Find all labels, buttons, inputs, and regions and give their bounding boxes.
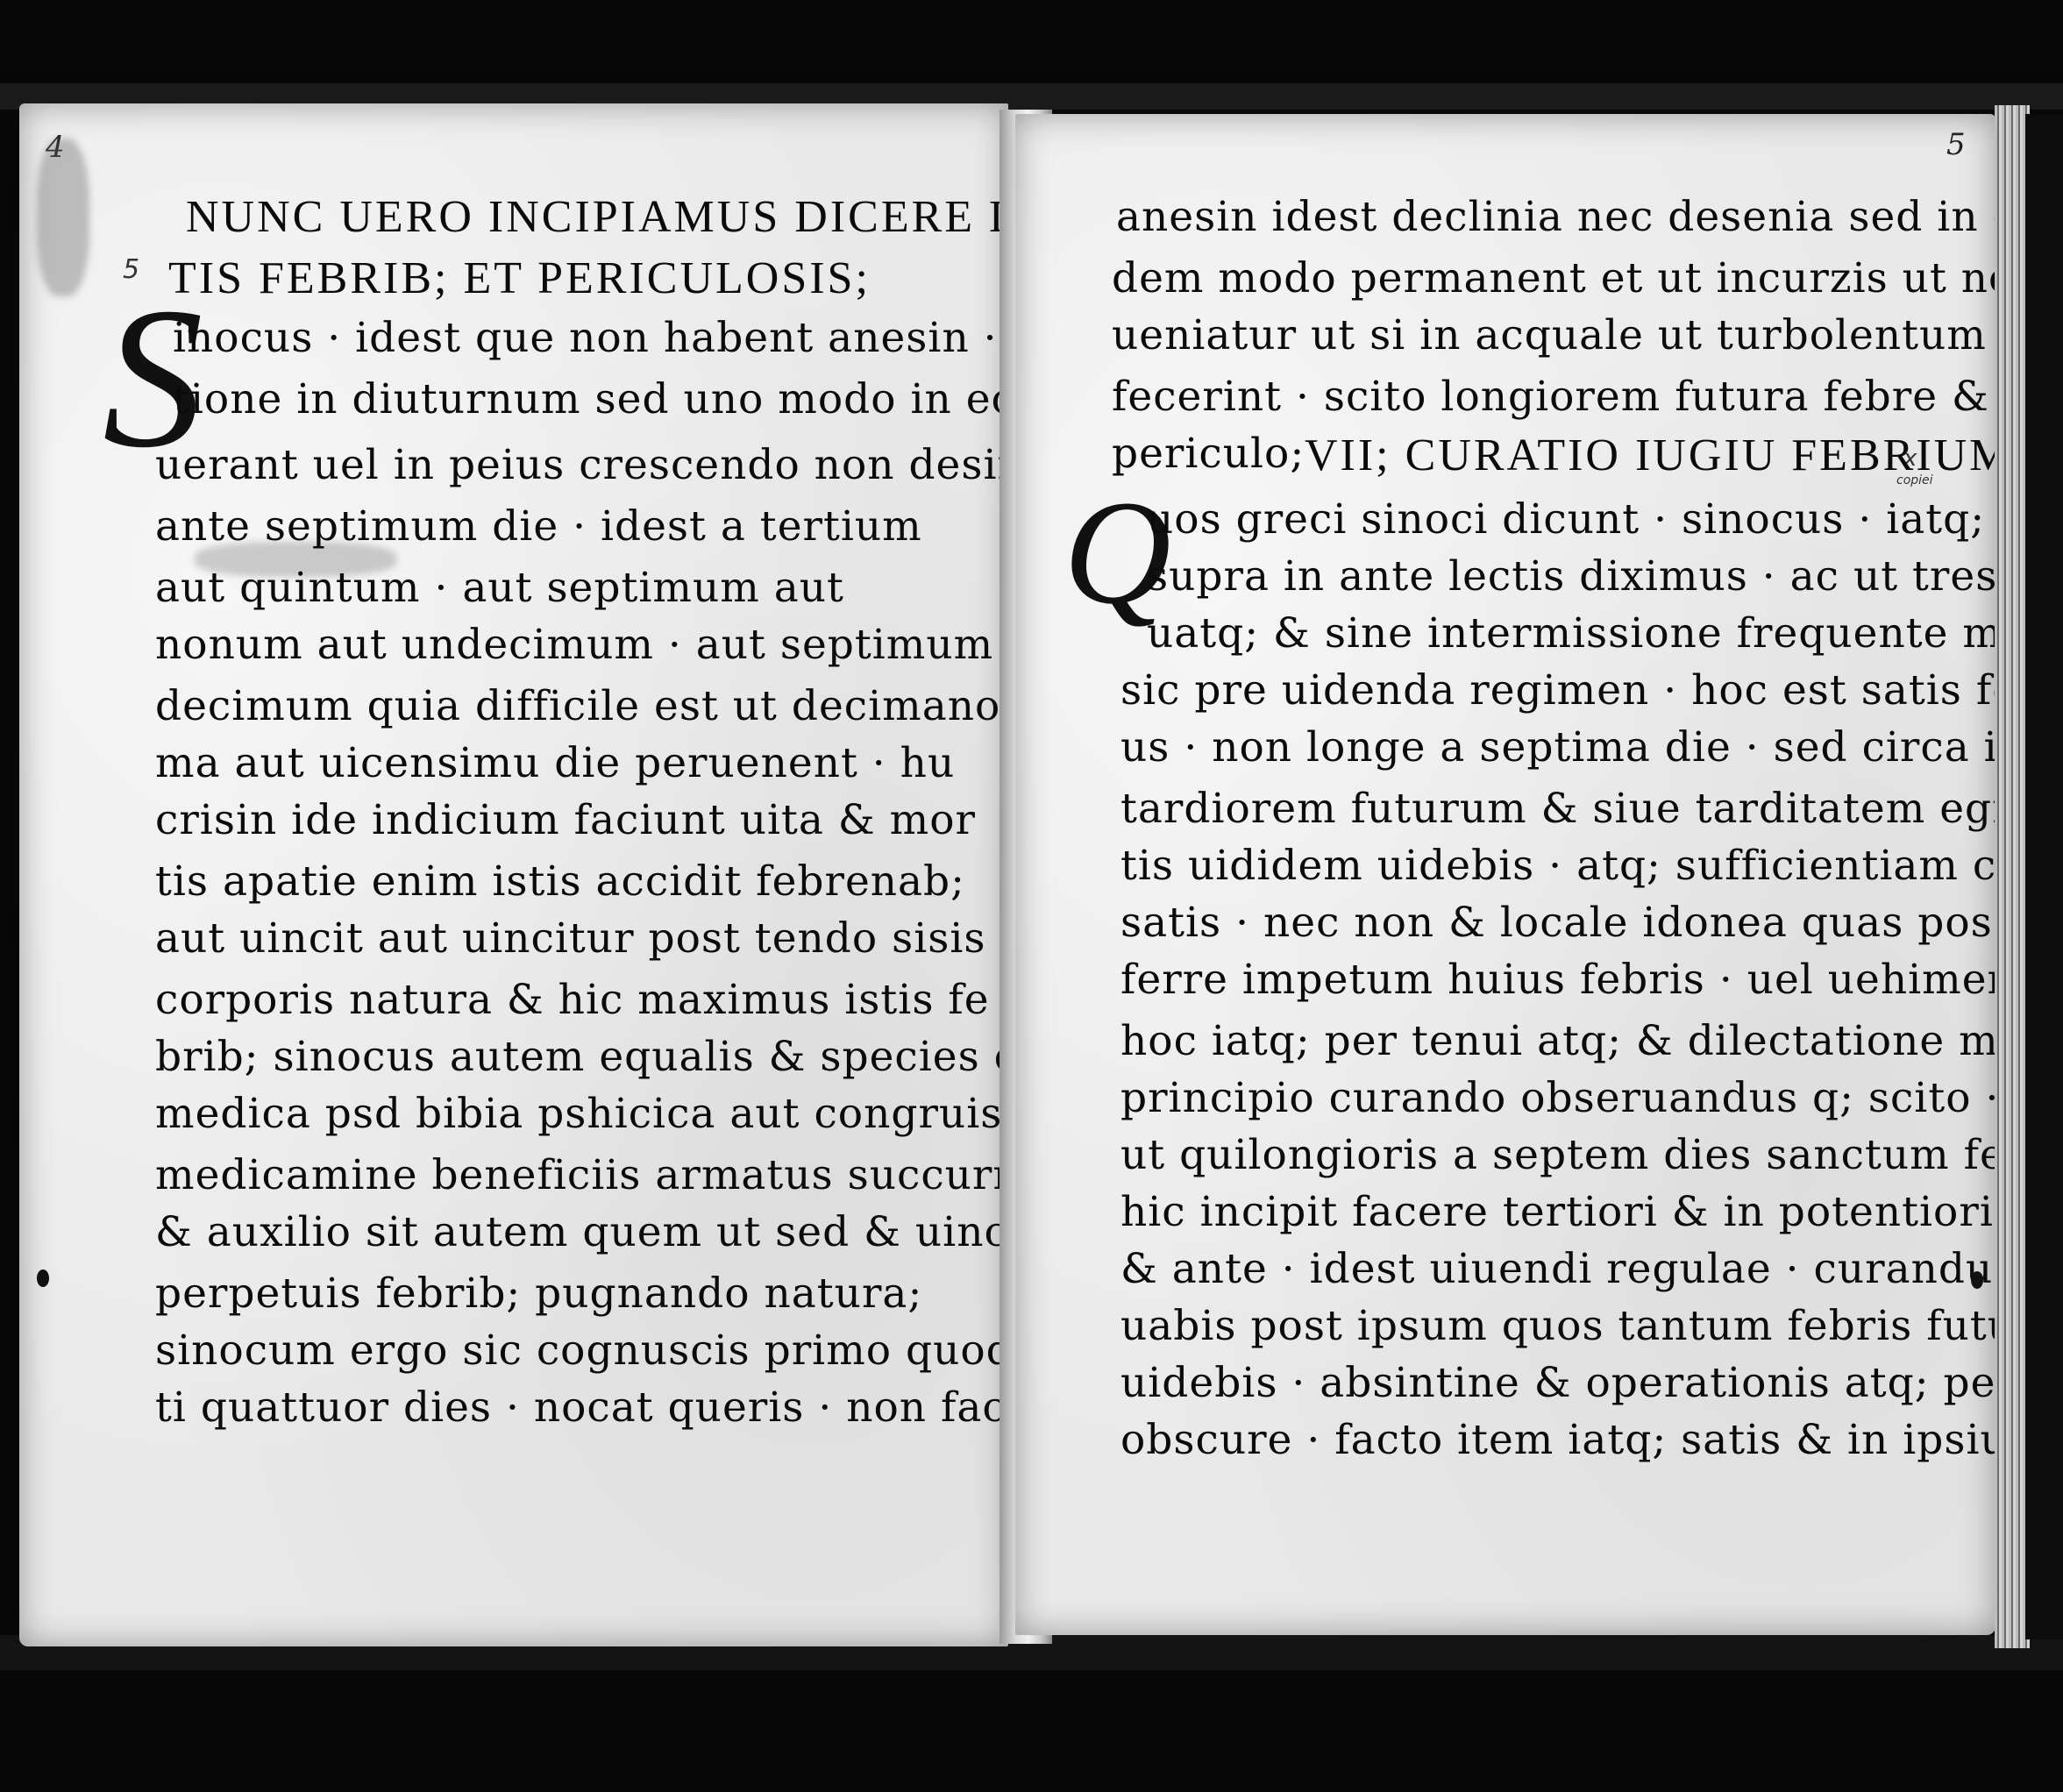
text-line: uos greci sinoci dicunt · sinocus · iatq…: [1147, 495, 2063, 544]
chapter-heading: VII; CURATIO IUGIU FEBRIUM;: [1305, 430, 2028, 481]
text-line: supra in ante lectis diximus · ac ut tre…: [1147, 552, 2063, 601]
text-line: ante septimum die · idest a tertium: [155, 502, 922, 551]
right-page: 5 x copiei anesin idest declinia nec des…: [1015, 114, 1995, 1635]
book-cover-right: [2025, 114, 2063, 1639]
stain: [37, 139, 89, 296]
text-line: ut quilongioris a septem dies sanctum fe…: [1120, 1131, 2063, 1179]
text-line: uabis post ipsum quos tantum febris futu…: [1120, 1302, 2063, 1350]
text-line: satis · nec non & locale idonea quas pos…: [1120, 899, 2063, 947]
binding-hole: [1971, 1271, 1983, 1289]
text-line: corporis natura & hic maximus istis fe: [155, 976, 990, 1024]
manuscript-photograph: 4 5 NUNC UERO INCIPIAMUS DICERE DE ACU T…: [0, 0, 2063, 1792]
text-line: uatq; & sine intermissione frequente med…: [1147, 609, 2063, 658]
text-line: sic pre uidenda regimen · hoc est satis …: [1120, 666, 2063, 715]
text-line: ueniatur ut si in acquale ut turbolentum: [1112, 311, 1987, 359]
text-line: ma aut uicensimu die peruenent · hu: [155, 739, 955, 787]
text-line: uidebis · absintine & operationis atq; p…: [1120, 1359, 2063, 1407]
text-line: hoc iatq; per tenui atq; & dilectatione …: [1120, 1017, 2063, 1065]
text-line: tardiorem futurum & siue tarditatem egri…: [1120, 785, 2063, 833]
text-line: obscure · facto item iatq; satis & in ip…: [1120, 1416, 2030, 1464]
text-line: nonum aut undecimum · aut septimum: [155, 621, 993, 669]
folio-number-right: 5: [1946, 127, 1966, 162]
text-line: fecerint · scito longiorem futura febre …: [1112, 373, 2063, 421]
text-line: & auxilio sit autem quem ut sed & uincat…: [155, 1208, 1099, 1256]
text-line: crisin ide indicium faciunt uita & mor: [155, 796, 976, 844]
text-line: perpetuis febrib; pugnando natura;: [155, 1269, 922, 1318]
binding-hole: [37, 1269, 49, 1287]
page-stack-edge: [1995, 105, 2030, 1648]
text-line: ferre impetum huius febris · uel uehimen…: [1120, 956, 2063, 1004]
text-line: uerant uel in peius crescendo non desine…: [155, 441, 1095, 489]
text-line: hic incipit facere tertiori & in potenti…: [1120, 1188, 2063, 1236]
text-line: anesin idest declinia nec desenia sed in…: [1116, 193, 2044, 241]
text-line: & ante · idest uiuendi regulae · curandu…: [1120, 1245, 2063, 1293]
left-page: 4 5 NUNC UERO INCIPIAMUS DICERE DE ACU T…: [19, 103, 1008, 1646]
text-line: medica psd bibia pshicica aut congruis: [155, 1090, 1002, 1138]
text-line: ti quattuor dies · nocat queris · non fa…: [155, 1383, 1092, 1432]
text-line: aut quintum · aut septimum aut: [155, 564, 844, 612]
text-line: us · non longe a septima die · sed circa…: [1120, 723, 2063, 772]
text-line: medicamine beneficiis armatus succurrat: [155, 1151, 1056, 1199]
text-line: principio curando obseruandus q; scito ·…: [1120, 1074, 2063, 1122]
heading-line: TIS FEBRIB; ET PERICULOSIS;: [168, 252, 871, 304]
text-line: tis uididem uidebis · atq; sufficientiam…: [1120, 842, 2063, 890]
text-line: aut uincit aut uincitur post tendo sisis…: [155, 914, 1106, 963]
text-line: tis apatie enim istis accidit febrenab;: [155, 857, 965, 906]
text-line: dem modo permanent et ut incurzis ut nor…: [1112, 254, 2063, 302]
